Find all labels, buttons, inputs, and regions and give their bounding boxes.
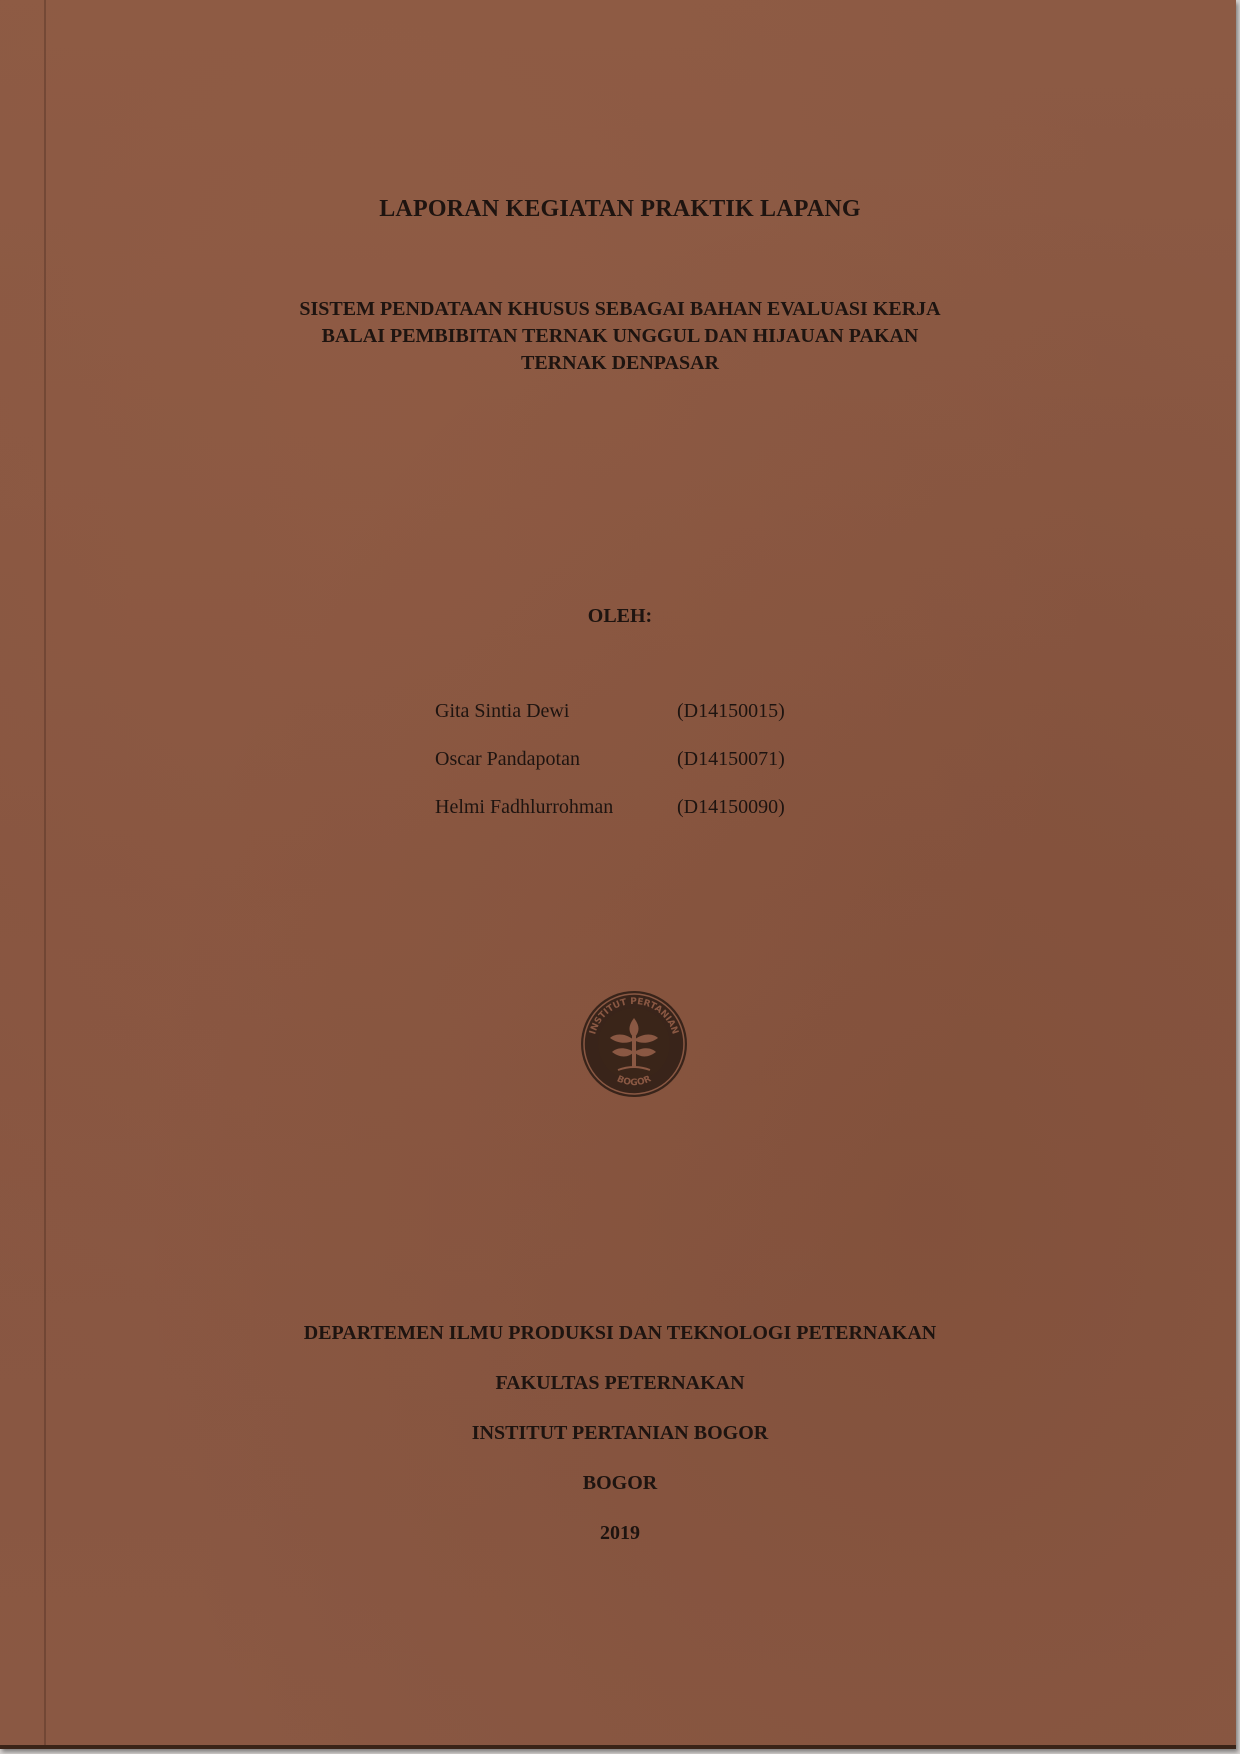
author-list: Gita Sintia Dewi (D14150015) Oscar Panda… xyxy=(435,700,835,844)
author-row: Oscar Pandapotan (D14150071) xyxy=(435,748,835,796)
report-subtitle: SISTEM PENDATAAN KHUSUS SEBAGAI BAHAN EV… xyxy=(0,296,1240,377)
institution-block: DEPARTEMEN ILMU PRODUKSI DAN TEKNOLOGI P… xyxy=(0,1318,1240,1568)
subtitle-line: TERNAK DENPASAR xyxy=(0,350,1240,377)
by-label: OLEH: xyxy=(0,605,1240,628)
subtitle-line: BALAI PEMBIBITAN TERNAK UNGGUL DAN HIJAU… xyxy=(0,323,1240,350)
subtitle-line: SISTEM PENDATAAN KHUSUS SEBAGAI BAHAN EV… xyxy=(0,296,1240,323)
report-cover: LAPORAN KEGIATAN PRAKTIK LAPANG SISTEM P… xyxy=(0,0,1236,1749)
author-id: (D14150015) xyxy=(677,700,785,723)
faculty-name: FAKULTAS PETERNAKAN xyxy=(0,1368,1240,1418)
department-name: DEPARTEMEN ILMU PRODUKSI DAN TEKNOLOGI P… xyxy=(0,1318,1240,1368)
author-id: (D14150071) xyxy=(677,748,785,771)
author-name: Gita Sintia Dewi xyxy=(435,700,569,723)
year: 2019 xyxy=(0,1518,1240,1568)
author-row: Gita Sintia Dewi (D14150015) xyxy=(435,700,835,748)
ipb-seal-icon: INSTITUT PERTANIAN BOGOR xyxy=(578,988,690,1100)
author-name: Helmi Fadhlurrohman xyxy=(435,796,613,819)
author-id: (D14150090) xyxy=(677,796,785,819)
author-row: Helmi Fadhlurrohman (D14150090) xyxy=(435,796,835,844)
report-title: LAPORAN KEGIATAN PRAKTIK LAPANG xyxy=(0,196,1240,223)
author-name: Oscar Pandapotan xyxy=(435,748,580,771)
university-name: INSTITUT PERTANIAN BOGOR xyxy=(0,1418,1240,1468)
city-name: BOGOR xyxy=(0,1468,1240,1518)
